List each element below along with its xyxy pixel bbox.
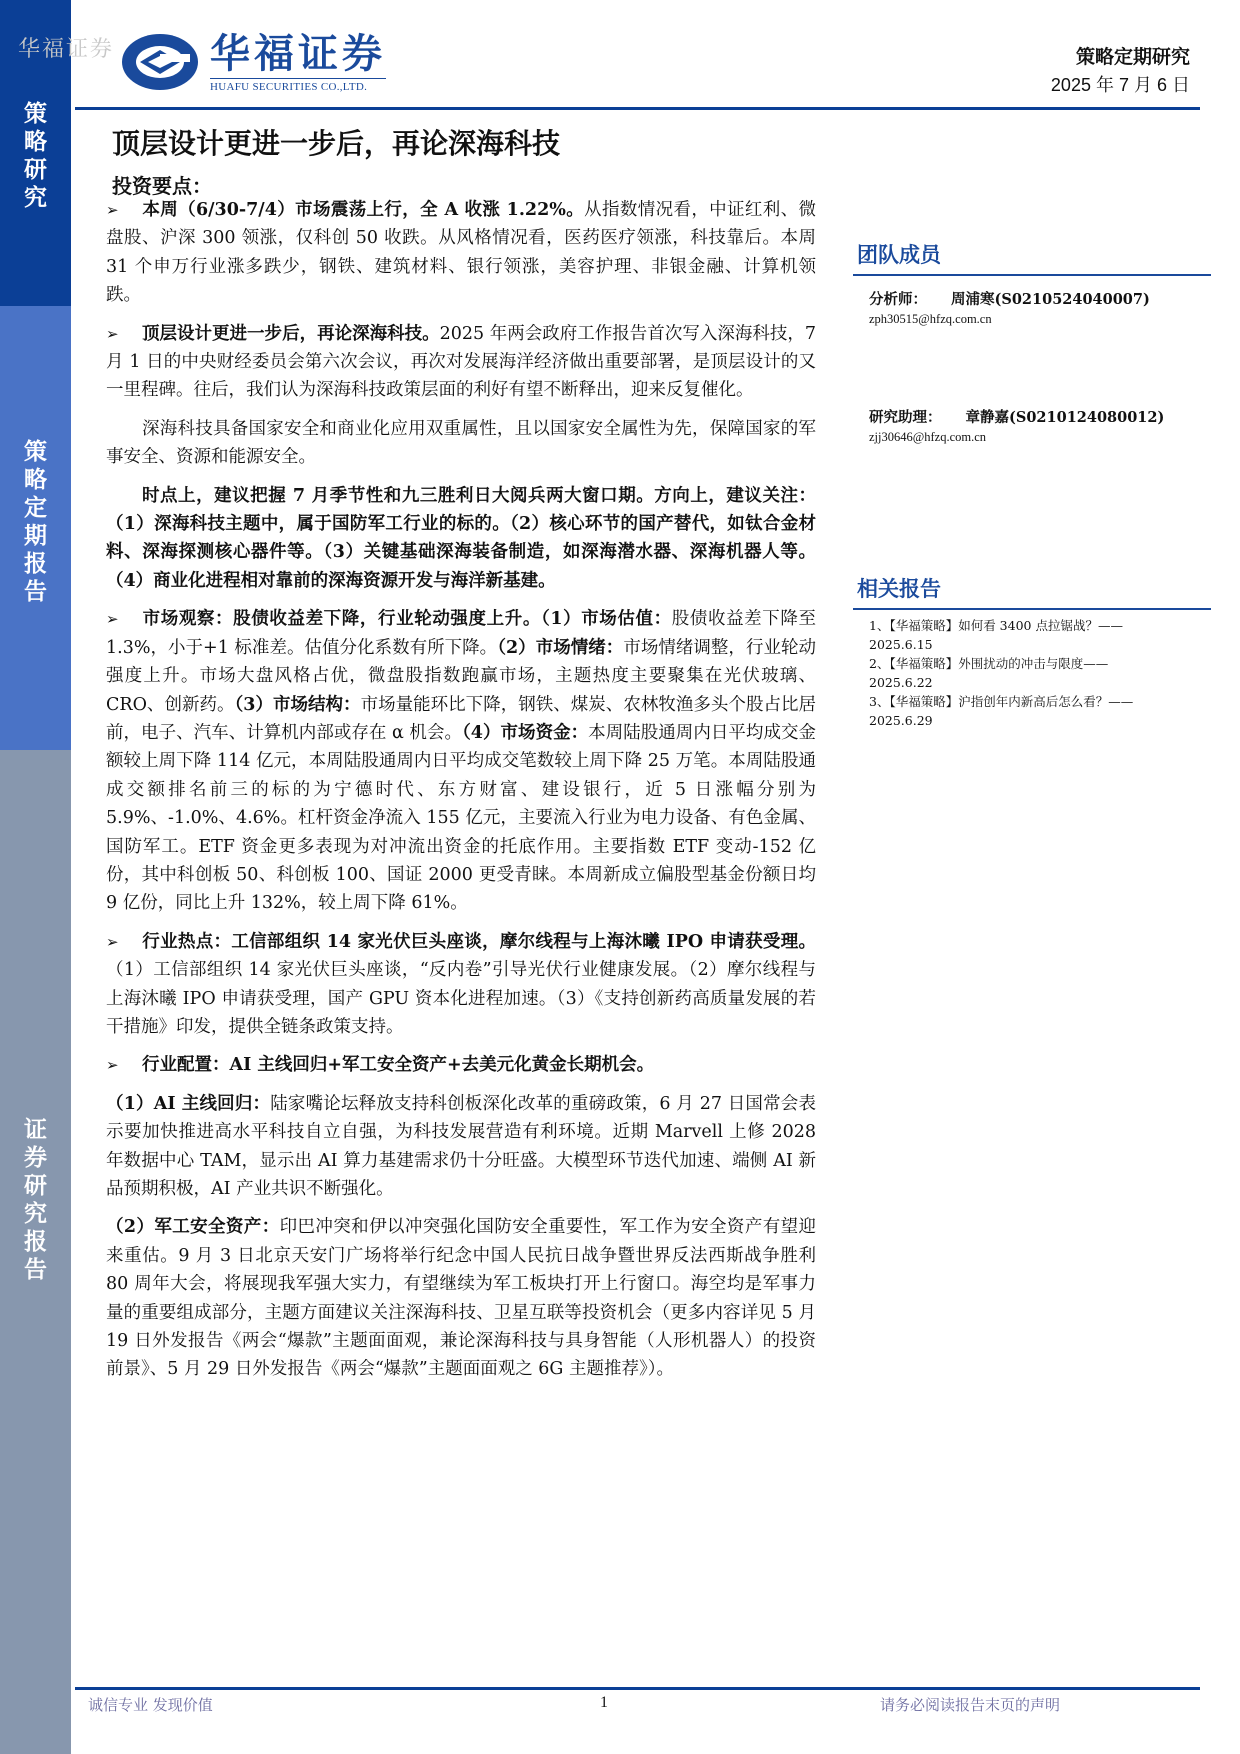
footer-divider bbox=[75, 1687, 1200, 1690]
report-label: 2、【华福策略】外围扰动的冲击与限度—— bbox=[869, 654, 1211, 673]
sidebar-label: 证券研究报告 bbox=[22, 1116, 50, 1754]
company-logo: 华福证券 HUAFU SECURITIES CO.,LTD. bbox=[118, 30, 386, 94]
watermark: 华福证券 bbox=[18, 32, 114, 63]
member-role: 研究助理： bbox=[869, 409, 942, 426]
paragraph-market-observation: ➢市场观察：股债收益差下降，行业轮动强度上升。（1）市场估值：股债收益差下降至 … bbox=[106, 605, 816, 917]
section-heading-key-points: 投资要点： bbox=[112, 170, 212, 199]
related-reports-title: 相关报告 bbox=[853, 574, 1211, 610]
logo-english-name: HUAFU SECURITIES CO.,LTD. bbox=[210, 78, 386, 93]
paragraph-text: 本周陆股通周内日平均成交金额较上周下降 114 亿元，本周陆股通周内日平均成交笔… bbox=[106, 723, 816, 913]
sidebar-band-periodic-report: 策略定期报告 bbox=[0, 306, 71, 750]
report-title: 顶层设计更进一步后，再论深海科技 bbox=[112, 122, 560, 162]
paragraph-ai-mainline: （1）AI 主线回归：陆家嘴论坛释放支持科创板深化改革的重磅政策，6 月 27 … bbox=[106, 1090, 816, 1204]
footer-disclaimer-note: 请务必阅读报告末页的声明 bbox=[880, 1694, 1238, 1715]
team-section: 团队成员 分析师：周浦寒(S0210524040007) zph30515@hf… bbox=[853, 240, 1211, 446]
paragraph-dual-attributes: 深海科技具备国家安全和商业化应用双重属性，且以国家安全属性为先，保障国家的军事安… bbox=[106, 415, 816, 472]
related-reports-section: 相关报告 1、【华福策略】如何看 3400 点拉锯战？——2025.6.15 2… bbox=[853, 574, 1211, 730]
paragraph-industry-hotspots: ➢行业热点：工信部组织 14 家光伏巨头座谈，摩尔线程与上海沐曦 IPO 申请获… bbox=[106, 928, 816, 1042]
logo-chinese-name: 华福证券 bbox=[210, 32, 386, 76]
report-label: 1、【华福策略】如何看 3400 点拉锯战？—— bbox=[869, 616, 1211, 635]
paragraph-recommendations: 时点上，建议把握 7 月季节性和九三胜利日大阅兵两大窗口期。方向上，建议关注：（… bbox=[106, 482, 816, 596]
related-report-item[interactable]: 1、【华福策略】如何看 3400 点拉锯战？——2025.6.15 bbox=[869, 616, 1211, 654]
paragraph-lead: （1）AI 主线回归： bbox=[106, 1094, 270, 1114]
team-member: 研究助理：章静嘉(S0210124080012) zjj30646@hfzq.c… bbox=[853, 408, 1211, 446]
paragraph-lead: （3）市场结构： bbox=[235, 695, 361, 715]
team-section-title: 团队成员 bbox=[853, 240, 1211, 276]
header-meta: 策略定期研究 2025 年 7 月 6 日 bbox=[1051, 44, 1190, 100]
paragraph-industry-allocation: ➢行业配置：AI 主线回归+军工安全资产+去美元化黄金长期机会。 bbox=[106, 1051, 816, 1079]
header-divider bbox=[75, 107, 1200, 110]
paragraph-lead: 行业热点：工信部组织 14 家光伏巨头座谈，摩尔线程与上海沐曦 IPO 申请获受… bbox=[142, 932, 816, 952]
bullet-arrow-icon: ➢ bbox=[106, 320, 142, 348]
member-name: 周浦寒(S0210524040007) bbox=[951, 291, 1150, 308]
member-role: 分析师： bbox=[869, 291, 927, 308]
related-report-item[interactable]: 2、【华福策略】外围扰动的冲击与限度——2025.6.22 bbox=[869, 654, 1211, 692]
paragraph-lead: 市场观察：股债收益差下降，行业轮动强度上升。（1）市场估值： bbox=[142, 609, 672, 629]
main-content: ➢本周（6/30-7/4）市场震荡上行，全 A 收涨 1.22%。从指数情况看，… bbox=[106, 196, 816, 1394]
bullet-arrow-icon: ➢ bbox=[106, 928, 142, 956]
related-report-item[interactable]: 3、【华福策略】沪指创年内新高后怎么看？——2025.6.29 bbox=[869, 692, 1211, 730]
huafu-logo-icon bbox=[118, 30, 202, 94]
member-name: 章静嘉(S0210124080012) bbox=[966, 409, 1165, 426]
paragraph-lead: 行业配置：AI 主线回归+军工安全资产+去美元化黄金长期机会。 bbox=[142, 1055, 654, 1075]
paragraph-lead: （2）市场情绪： bbox=[497, 638, 623, 658]
bullet-arrow-icon: ➢ bbox=[106, 1051, 142, 1079]
related-reports-list: 1、【华福策略】如何看 3400 点拉锯战？——2025.6.15 2、【华福策… bbox=[853, 616, 1211, 730]
sidebar-label: 策略研究 bbox=[22, 100, 50, 306]
paragraph-deep-sea-tech: ➢顶层设计更进一步后，再论深海科技。2025 年两会政府工作报告首次写入深海科技… bbox=[106, 320, 816, 405]
sidebar-band-securities-report: 证券研究报告 bbox=[0, 750, 71, 1754]
paragraph-lead: 本周（6/30-7/4）市场震荡上行，全 A 收涨 1.22%。 bbox=[142, 200, 584, 220]
document-date: 2025 年 7 月 6 日 bbox=[1051, 70, 1190, 100]
bullet-arrow-icon: ➢ bbox=[106, 605, 142, 633]
paragraph-lead: （2）军工安全资产： bbox=[106, 1217, 280, 1237]
sidebar: 策略研究 策略定期报告 证券研究报告 bbox=[0, 0, 71, 1754]
team-member: 分析师：周浦寒(S0210524040007) zph30515@hfzq.co… bbox=[853, 290, 1211, 328]
paragraph-military-assets: （2）军工安全资产：印巴冲突和伊以冲突强化国防安全重要性，军工作为安全资产有望迎… bbox=[106, 1213, 816, 1383]
paragraph-weekly-market: ➢本周（6/30-7/4）市场震荡上行，全 A 收涨 1.22%。从指数情况看，… bbox=[106, 196, 816, 310]
paragraph-text: 印巴冲突和伊以冲突强化国防安全重要性，军工作为安全资产有望迎来重估。9 月 3 … bbox=[106, 1217, 816, 1379]
sidebar-label: 策略定期报告 bbox=[22, 438, 50, 750]
member-email[interactable]: zjj30646@hfzq.com.cn bbox=[869, 428, 1211, 446]
report-date: 2025.6.22 bbox=[869, 673, 1211, 692]
paragraph-lead: 顶层设计更进一步后，再论深海科技。 bbox=[142, 324, 440, 344]
member-email[interactable]: zph30515@hfzq.com.cn bbox=[869, 310, 1211, 328]
report-label: 3、【华福策略】沪指创年内新高后怎么看？—— bbox=[869, 692, 1211, 711]
report-date: 2025.6.15 bbox=[869, 635, 1211, 654]
page-number: 1 bbox=[600, 1694, 608, 1712]
paragraph-text: （1）工信部组织 14 家光伏巨头座谈，“反内卷”引导光伏行业健康发展。（2）摩… bbox=[106, 960, 816, 1037]
report-date: 2025.6.29 bbox=[869, 711, 1211, 730]
paragraph-lead: （4）市场资金： bbox=[462, 723, 588, 743]
footer-slogan: 诚信专业 发现价值 bbox=[88, 1694, 213, 1715]
document-type: 策略定期研究 bbox=[1051, 44, 1190, 70]
bullet-arrow-icon: ➢ bbox=[106, 196, 142, 224]
